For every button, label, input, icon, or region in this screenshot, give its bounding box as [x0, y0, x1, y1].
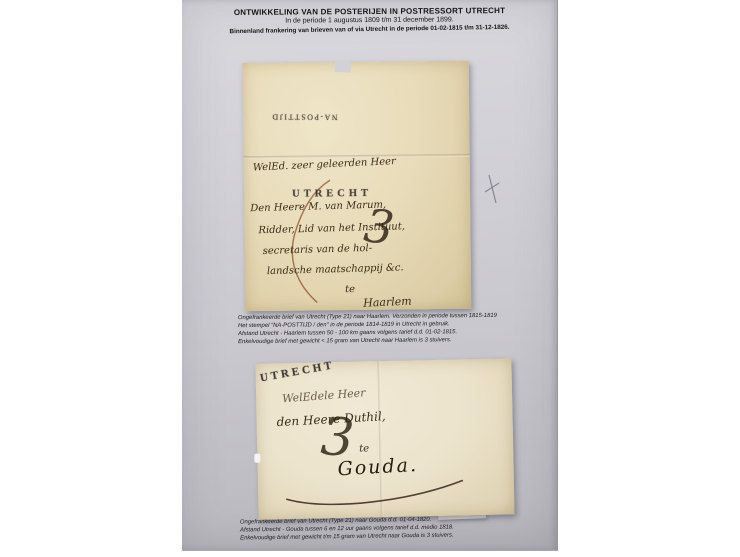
rate-mark-3-stuivers: 3 — [362, 202, 397, 251]
address-line: secretaris van de hol- — [263, 243, 373, 257]
pencil-x-mark — [483, 174, 503, 206]
address-line: te — [359, 443, 369, 454]
paper-tear-notch — [334, 60, 350, 73]
cover-utrecht-gouda: UTRECHT WelEdele Heer den Heere Duthil, … — [255, 358, 514, 519]
fold-crease — [377, 361, 383, 517]
salutation-line: WelEdele Heer — [282, 386, 366, 405]
utrecht-postmark: UTRECHT — [259, 359, 335, 384]
address-line: landsche maatschappij &c. — [267, 262, 404, 277]
address-line: te — [345, 284, 355, 295]
na-posttijd-postmark-inverted: NA-POSTTIJD — [267, 112, 341, 122]
caption-cover2: Ongefrankeerde brief van Utrecht (Type 2… — [240, 516, 454, 543]
album-page-photo: ONTWIKKELING VAN DE POSTERIJEN IN POSTRE… — [182, 0, 558, 551]
caption-line: Enkelvoudige brief met gewicht < 15 gram… — [238, 336, 497, 346]
cover-utrecht-haarlem: NA-POSTTIJD WelEd. zeer geleerden Heer U… — [243, 61, 472, 311]
utrecht-postmark: UTRECHT — [292, 188, 372, 200]
paper-speck — [254, 454, 260, 463]
rate-mark-3-stuivers: 3 — [319, 411, 355, 465]
caption-cover1: Ongefrankeerde brief van Utrecht (Type 2… — [238, 312, 497, 346]
exhibit-subtitle-scope: Binnenland frankering van brieven van of… — [182, 23, 557, 36]
caption-line: Enkelvoudige brief met gewicht t/m 15 gr… — [240, 532, 454, 543]
signature-flourish — [255, 358, 514, 519]
address-line-destination: Haarlem — [363, 295, 412, 310]
exhibit-header: ONTWIKKELING VAN DE POSTERIJEN IN POSTRE… — [182, 7, 557, 33]
